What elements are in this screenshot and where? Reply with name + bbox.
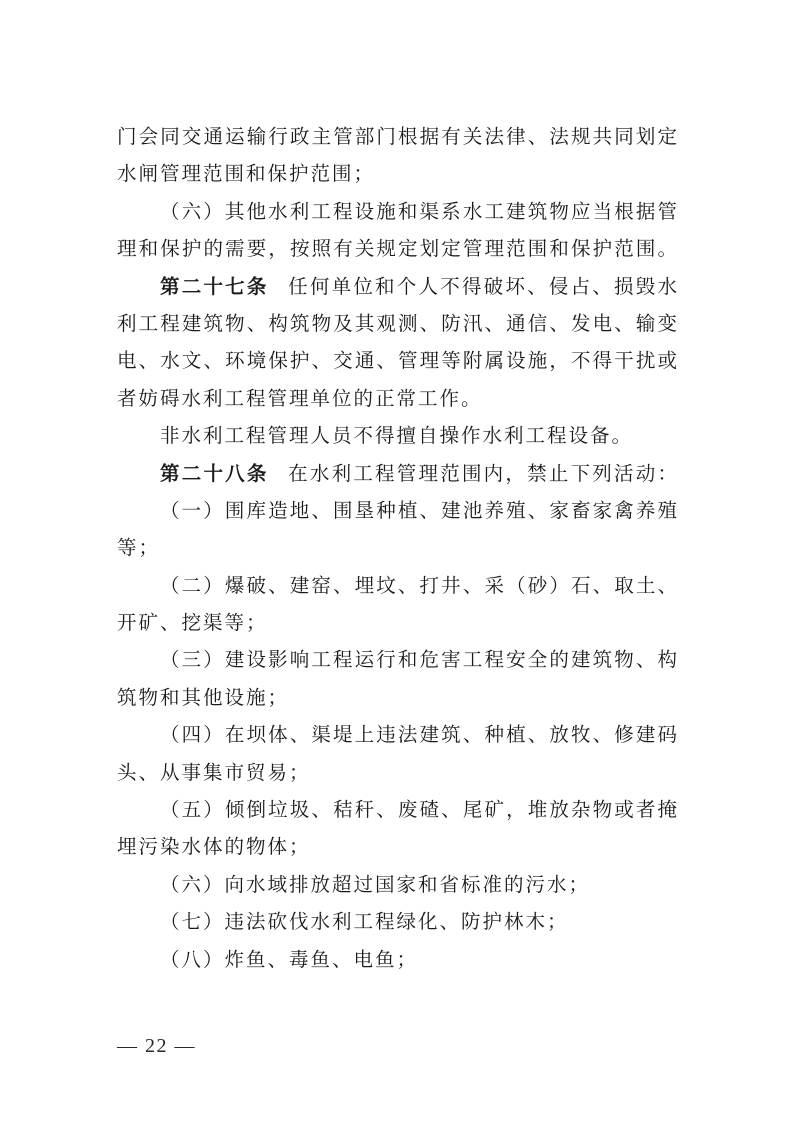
text-segment: （六）向水域排放超过国家和省标准的污水；: [160, 875, 590, 896]
text-segment: （五）倾倒垃圾、秸秆、废碴、尾矿，堆放杂物或者掩: [160, 800, 679, 821]
text-line: 第二十七条任何单位和个人不得破坏、侵占、损毁水: [117, 269, 679, 306]
text-line: 等；: [117, 530, 679, 567]
page-number-label: — 22 —: [117, 1035, 196, 1057]
text-segment: （七）违法砍伐水利工程绿化、防护林木；: [160, 912, 569, 933]
text-segment: 等；: [117, 538, 160, 559]
text-line: 水闸管理范围和保护范围；: [117, 156, 679, 193]
text-line: 筑物和其他设施；: [117, 680, 679, 717]
text-segment: （二）爆破、建窑、埋坟、打井、采（砂）石、取土、: [160, 576, 679, 597]
text-segment: 水闸管理范围和保护范围；: [117, 164, 375, 185]
text-segment: （一）围库造地、围垦种植、建池养殖、家畜家禽养殖: [160, 501, 679, 522]
text-line: 头、从事集市贸易；: [117, 755, 679, 792]
text-line: 开矿、挖渠等；: [117, 605, 679, 642]
text-segment: 者妨碍水利工程管理单位的正常工作。: [117, 389, 483, 410]
text-segment: 在水利工程管理范围内，禁止下列活动：: [288, 464, 679, 485]
text-segment: 筑物和其他设施；: [117, 688, 289, 709]
text-line: 者妨碍水利工程管理单位的正常工作。: [117, 381, 679, 418]
document-page: 门会同交通运输行政主管部门根据有关法律、法规共同划定水闸管理范围和保护范围；（六…: [0, 0, 793, 1122]
text-segment: 任何单位和个人不得破坏、侵占、损毁水: [288, 277, 679, 298]
text-line: 电、水文、环境保护、交通、管理等附属设施，不得干扰或: [117, 343, 679, 380]
text-segment: （八）炸鱼、毒鱼、电鱼；: [160, 950, 418, 971]
text-segment: 非水利工程管理人员不得擅自操作水利工程设备。: [160, 426, 633, 447]
text-line: （七）违法砍伐水利工程绿化、防护林木；: [117, 904, 679, 941]
text-line: 利工程建筑物、构筑物及其观测、防汛、通信、发电、输变: [117, 306, 679, 343]
text-line: （六）向水域排放超过国家和省标准的污水；: [117, 867, 679, 904]
page-number: — 22 —: [117, 1031, 196, 1061]
text-line: （五）倾倒垃圾、秸秆、废碴、尾矿，堆放杂物或者掩: [117, 792, 679, 829]
article-heading: 第二十八条: [160, 464, 269, 485]
document-body: 门会同交通运输行政主管部门根据有关法律、法规共同划定水闸管理范围和保护范围；（六…: [117, 119, 679, 979]
article-heading: 第二十七条: [160, 277, 269, 298]
text-segment: （六）其他水利工程设施和渠系水工建筑物应当根据管: [160, 202, 679, 223]
text-line: 埋污染水体的物体；: [117, 829, 679, 866]
text-line: （四）在坝体、渠堤上违法建筑、种植、放牧、修建码: [117, 717, 679, 754]
text-segment: 埋污染水体的物体；: [117, 837, 311, 858]
text-line: （三）建设影响工程运行和危害工程安全的建筑物、构: [117, 642, 679, 679]
text-segment: 利工程建筑物、构筑物及其观测、防汛、通信、发电、输变: [117, 314, 679, 335]
text-segment: 电、水文、环境保护、交通、管理等附属设施，不得干扰或: [117, 351, 679, 372]
text-segment: 门会同交通运输行政主管部门根据有关法律、法规共同划定: [117, 127, 679, 148]
text-line: 门会同交通运输行政主管部门根据有关法律、法规共同划定: [117, 119, 679, 156]
text-line: （八）炸鱼、毒鱼、电鱼；: [117, 942, 679, 979]
text-line: 理和保护的需要，按照有关规定划定管理范围和保护范围。: [117, 231, 679, 268]
text-segment: （四）在坝体、渠堤上违法建筑、种植、放牧、修建码: [160, 725, 679, 746]
text-line: （一）围库造地、围垦种植、建池养殖、家畜家禽养殖: [117, 493, 679, 530]
text-segment: （三）建设影响工程运行和危害工程安全的建筑物、构: [160, 650, 679, 671]
text-line: 非水利工程管理人员不得擅自操作水利工程设备。: [117, 418, 679, 455]
text-segment: 开矿、挖渠等；: [117, 613, 268, 634]
text-line: （二）爆破、建窑、埋坟、打井、采（砂）石、取土、: [117, 568, 679, 605]
text-line: （六）其他水利工程设施和渠系水工建筑物应当根据管: [117, 194, 679, 231]
text-segment: 理和保护的需要，按照有关规定划定管理范围和保护范围。: [117, 239, 679, 260]
text-line: 第二十八条在水利工程管理范围内，禁止下列活动：: [117, 456, 679, 493]
text-segment: 头、从事集市贸易；: [117, 763, 311, 784]
